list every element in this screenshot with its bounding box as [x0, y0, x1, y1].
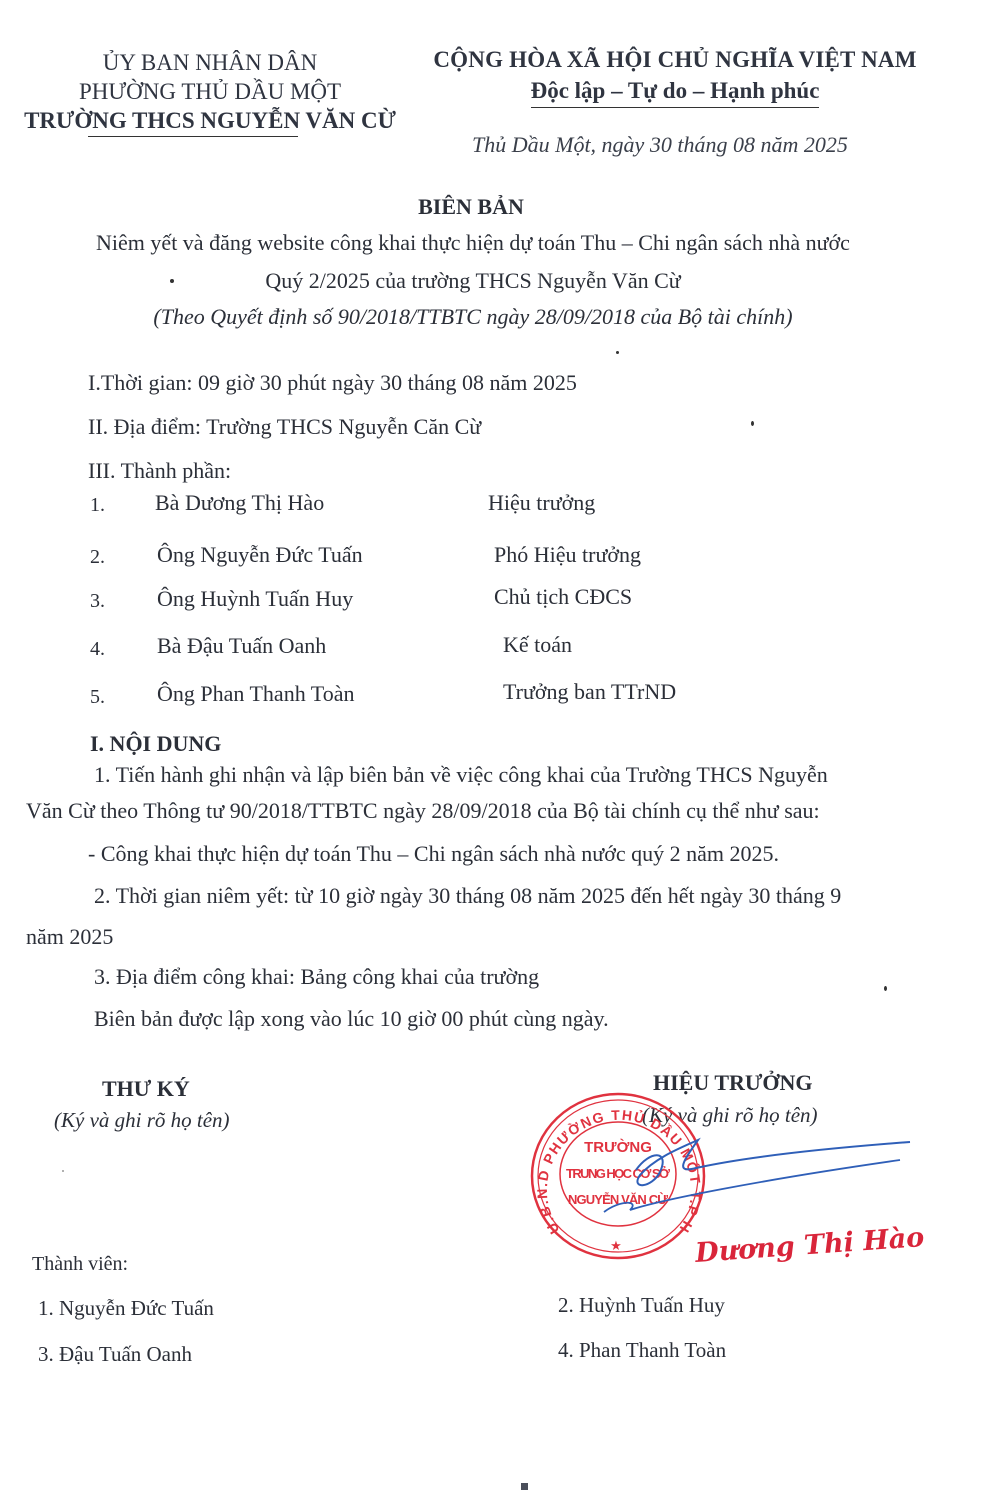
content-bullet: - Công khai thực hiện dự toán Thu – Chi …: [88, 841, 779, 867]
scan-speck: [62, 1170, 64, 1172]
content-heading: I. NỘI DUNG: [90, 731, 221, 757]
secretary-title: THƯ KÝ: [102, 1076, 190, 1102]
document-date: Thủ Dầu Một, ngày 30 tháng 08 năm 2025: [472, 132, 848, 158]
content-paragraph-1a: 1. Tiến hành ghi nhận và lập biên bản về…: [94, 762, 828, 788]
member-number: 1.: [90, 494, 105, 517]
school-name: TRƯỜNG THCS NGUYỄN VĂN CỪ: [0, 106, 420, 135]
scan-speck: [884, 986, 887, 991]
content-paragraph-2a: 2. Thời gian niêm yết: từ 10 giờ ngày 30…: [94, 883, 841, 909]
member-role: Phó Hiệu trưởng: [494, 542, 641, 568]
member-role: Chủ tịch CĐCS: [494, 584, 632, 610]
attendee-item: 1. Nguyễn Đức Tuấn: [38, 1296, 214, 1321]
meeting-location: II. Địa điểm: Trường THCS Nguyễn Căn Cừ: [88, 414, 481, 440]
svg-text:★: ★: [610, 1238, 622, 1253]
member-name: Ông Phan Thanh Toàn: [157, 681, 354, 707]
content-paragraph-2b: năm 2025: [26, 924, 113, 950]
member-number: 2.: [90, 546, 105, 569]
member-number: 3.: [90, 590, 105, 613]
document-subtitle-1: Niêm yết và đăng website công khai thực …: [0, 230, 946, 256]
closing-statement: Biên bản được lập xong vào lúc 10 giờ 00…: [94, 1006, 609, 1032]
document-legal-basis: (Theo Quyết định số 90/2018/TTBTC ngày 2…: [0, 304, 946, 330]
national-motto: Độc lập – Tự do – Hạnh phúc: [531, 76, 820, 108]
principal-signature-icon: [600, 1130, 920, 1240]
member-number: 4.: [90, 638, 105, 661]
document-title: BIÊN BẢN: [0, 194, 942, 220]
members-heading: III. Thành phần:: [88, 458, 231, 484]
attendees-label: Thành viên:: [32, 1253, 128, 1276]
member-role: Kế toán: [503, 632, 572, 658]
scan-speck: [616, 351, 619, 354]
scan-speck: [751, 421, 754, 426]
content-paragraph-1b: Văn Cừ theo Thông tư 90/2018/TTBTC ngày …: [26, 798, 820, 824]
secretary-sign-note: (Ký và ghi rõ họ tên): [54, 1108, 230, 1133]
agency-line-1: ỦY BAN NHÂN DÂN: [0, 48, 420, 77]
attendee-item: 3. Đậu Tuấn Oanh: [38, 1342, 192, 1367]
member-name: Bà Dương Thị Hào: [155, 490, 324, 516]
country-name: CỘNG HÒA XÃ HỘI CHỦ NGHĨA VIỆT NAM: [415, 44, 935, 76]
content-paragraph-3: 3. Địa điểm công khai: Bảng công khai củ…: [94, 964, 539, 990]
member-role: Trưởng ban TTrND: [503, 679, 676, 705]
member-role: Hiệu trưởng: [488, 490, 595, 516]
attendee-item: 2. Huỳnh Tuấn Huy: [558, 1293, 725, 1318]
scan-speck: [170, 279, 174, 283]
document-subtitle-2: Quý 2/2025 của trường THCS Nguyễn Văn Cừ: [0, 268, 946, 294]
member-name: Bà Đậu Tuấn Oanh: [157, 633, 326, 659]
member-name: Ông Huỳnh Tuấn Huy: [157, 586, 353, 612]
issuing-agency-block: ỦY BAN NHÂN DÂN PHƯỜNG THỦ DẦU MỘT TRƯỜN…: [0, 48, 420, 135]
attendee-item: 4. Phan Thanh Toàn: [558, 1338, 726, 1363]
scan-speck: [521, 1483, 528, 1490]
national-motto-block: CỘNG HÒA XÃ HỘI CHỦ NGHĨA VIỆT NAM Độc l…: [415, 44, 935, 108]
meeting-time: I.Thời gian: 09 giờ 30 phút ngày 30 thán…: [88, 370, 577, 396]
member-name: Ông Nguyễn Đức Tuấn: [157, 542, 363, 568]
agency-line-2: PHƯỜNG THỦ DẦU MỘT: [0, 77, 420, 106]
member-number: 5.: [90, 686, 105, 709]
school-name-underline: [88, 136, 298, 137]
